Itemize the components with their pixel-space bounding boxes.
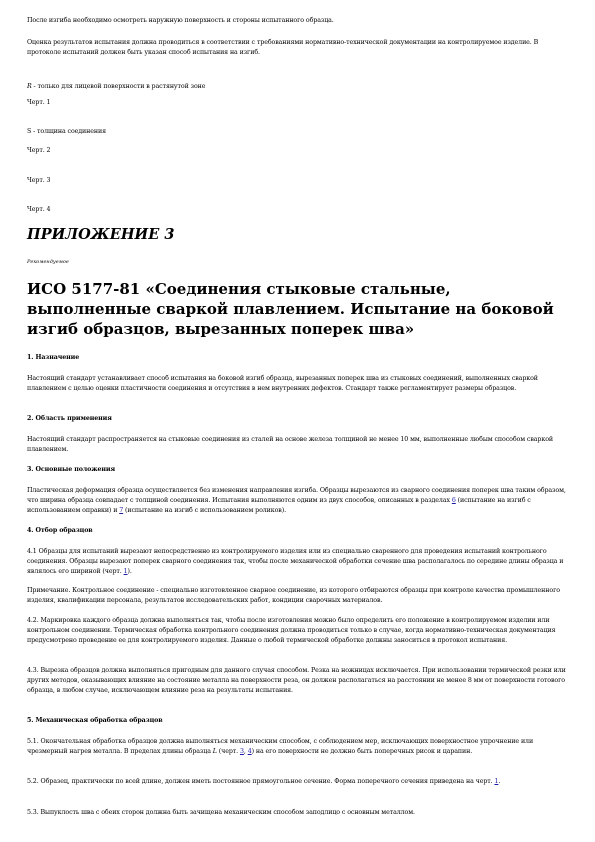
section-4-note: Примечание. Контрольное соединение - спе… bbox=[27, 586, 572, 606]
section-5-1-text: 5.1. Окончательная обработка образцов до… bbox=[27, 737, 572, 757]
section-4-3-text: 4.3. Вырезка образцов должна выполняться… bbox=[27, 666, 572, 696]
section-5-1-text-c: ) на его поверхности не должно быть попе… bbox=[252, 748, 473, 755]
section-5-1-text-b: (черт. bbox=[217, 748, 240, 755]
section-5-3-text: 5.3. Выпуклость шва с обеих сторон должн… bbox=[27, 808, 572, 818]
appendix-heading: ПРИЛОЖЕНИЕ 3 bbox=[27, 226, 174, 243]
section-5-2-text-a: 5.2. Образец, практически по всей длине,… bbox=[27, 778, 494, 785]
section-3-title: 3. Основные положения bbox=[27, 465, 572, 475]
note-r: R - только для лицевой поверхности в рас… bbox=[27, 82, 572, 92]
section-4-1-text-b: ). bbox=[128, 568, 132, 575]
section-1-title: 1. Назначение bbox=[27, 353, 572, 363]
note-s-text: - толщина соединения bbox=[31, 128, 106, 135]
section-5-2-text: 5.2. Образец, практически по всей длине,… bbox=[27, 777, 572, 787]
section-5-title: 5. Механическая обработка образцов bbox=[27, 716, 572, 726]
section-2-title: 2. Область применения bbox=[27, 414, 572, 424]
section-4-title: 4. Отбор образцов bbox=[27, 526, 572, 536]
section-5-2-text-b: . bbox=[498, 778, 500, 785]
note-s: S - толщина соединения bbox=[27, 127, 572, 137]
section-3-text-c: (испытание на изгиб с использованием рол… bbox=[123, 507, 286, 514]
paragraph-after-bend: После изгиба необходимо осмотреть наружн… bbox=[27, 16, 572, 26]
section-4-1-text: 4.1 Образцы для испытаний вырезают непос… bbox=[27, 547, 572, 577]
note-r-text: - только для лицевой поверхности в растя… bbox=[32, 83, 206, 90]
section-2-text: Настоящий стандарт распространяется на с… bbox=[27, 435, 572, 455]
figure-caption-4: Черт. 4 bbox=[27, 205, 572, 215]
section-4-2-text: 4.2. Маркировка каждого образца должна в… bbox=[27, 616, 572, 646]
figure-caption-1: Черт. 1 bbox=[27, 98, 572, 108]
appendix-title: ИСО 5177-81 «Соединения стыковые стальны… bbox=[27, 279, 572, 339]
section-1-text: Настоящий стандарт устанавливает способ … bbox=[27, 374, 572, 394]
section-4-1-text-a: 4.1 Образцы для испытаний вырезают непос… bbox=[27, 548, 563, 575]
figure-caption-3: Черт. 3 bbox=[27, 176, 572, 186]
section-3-text: Пластическая деформация образца осуществ… bbox=[27, 486, 572, 516]
figure-caption-2: Черт. 2 bbox=[27, 146, 572, 156]
paragraph-evaluation: Оценка результатов испытания должна пров… bbox=[27, 38, 572, 58]
appendix-status: Рекомендуемое bbox=[27, 259, 69, 265]
